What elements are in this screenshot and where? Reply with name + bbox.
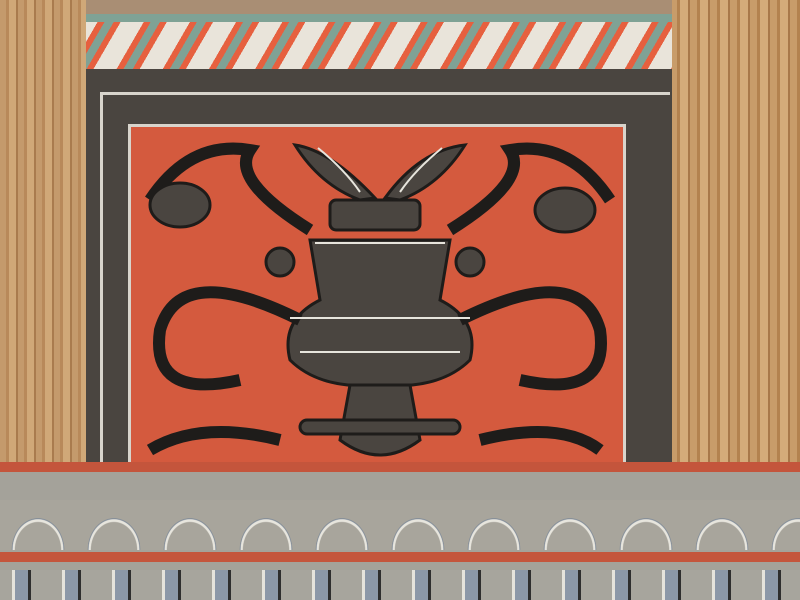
arch-pattern xyxy=(0,500,800,550)
dentil-band xyxy=(0,570,800,600)
red-band-lower xyxy=(0,552,800,562)
painted-panel-photo xyxy=(0,0,800,600)
red-band-upper xyxy=(0,462,800,472)
